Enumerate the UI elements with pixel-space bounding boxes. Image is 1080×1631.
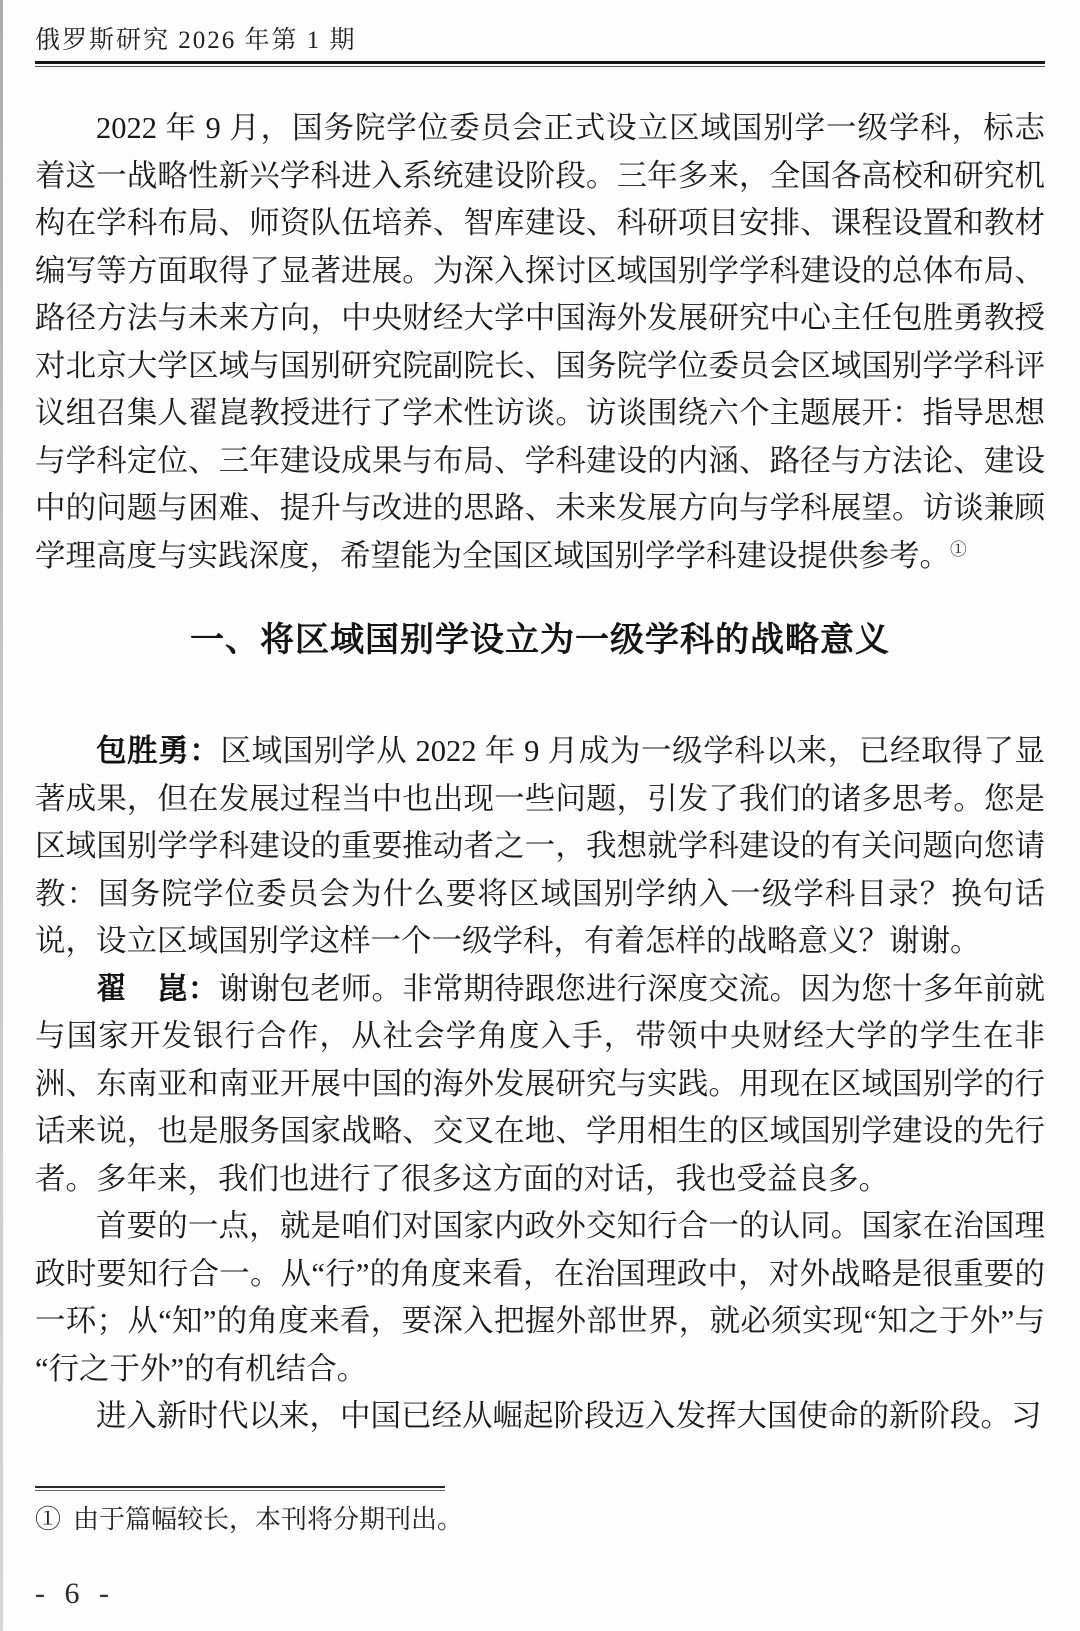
page-body: 2022 年 9 月，国务院学位委员会正式设立区域国别学一级学科，标志着这一战略… [35,105,1045,1441]
interview-answer-paragraph-1: 翟 崑：谢谢包老师。非常期待跟您进行深度交流。因为您十多年前就与国家开发银行合作… [35,966,1045,1204]
journal-page: 俄罗斯研究 2026 年第 1 期 2022 年 9 月，国务院学位委员会正式设… [0,0,1080,1631]
page-footer: ①由于篇幅较长，本刊将分期刊出。 - 6 - [35,1486,1045,1611]
footnote-text: 由于篇幅较长，本刊将分期刊出。 [73,1505,463,1534]
footnote-reference: ① [950,539,967,558]
speaker-name-zhai: 翟 崑： [96,972,218,1006]
abstract-paragraph: 2022 年 9 月，国务院学位委员会正式设立区域国别学一级学科，标志着这一战略… [35,105,1045,580]
interview-question-paragraph: 包胜勇：区域国别学从 2022 年 9 月成为一级学科以来，已经取得了显著成果，… [35,728,1045,966]
footnote: ①由于篇幅较长，本刊将分期刊出。 [35,1503,1045,1537]
footnote-rule [35,1486,445,1488]
interview-answer-paragraph-2: 首要的一点，就是咱们对国家内政外交知行合一的认同。国家在治国理政时要知行合一。从… [35,1203,1045,1393]
interview-answer-paragraph-3: 进入新时代以来，中国已经从崛起阶段迈入发挥大国使命的新阶段。习 [35,1393,1045,1441]
page-number: - 6 - [35,1577,1045,1611]
speaker-name-bao: 包胜勇： [96,734,221,768]
journal-issue-line: 俄罗斯研究 2026 年第 1 期 [35,0,1045,55]
footnote-area: ①由于篇幅较长，本刊将分期刊出。 [35,1486,1045,1537]
section-heading: 一、将区域国别学设立为一级学科的战略意义 [35,622,1045,658]
header-rule [35,61,1045,64]
scan-edge-artifact [0,0,3,1631]
footnote-marker: ① [35,1505,61,1534]
abstract-text: 2022 年 9 月，国务院学位委员会正式设立区域国别学一级学科，标志着这一战略… [35,111,1045,573]
page-header: 俄罗斯研究 2026 年第 1 期 [35,0,1045,64]
